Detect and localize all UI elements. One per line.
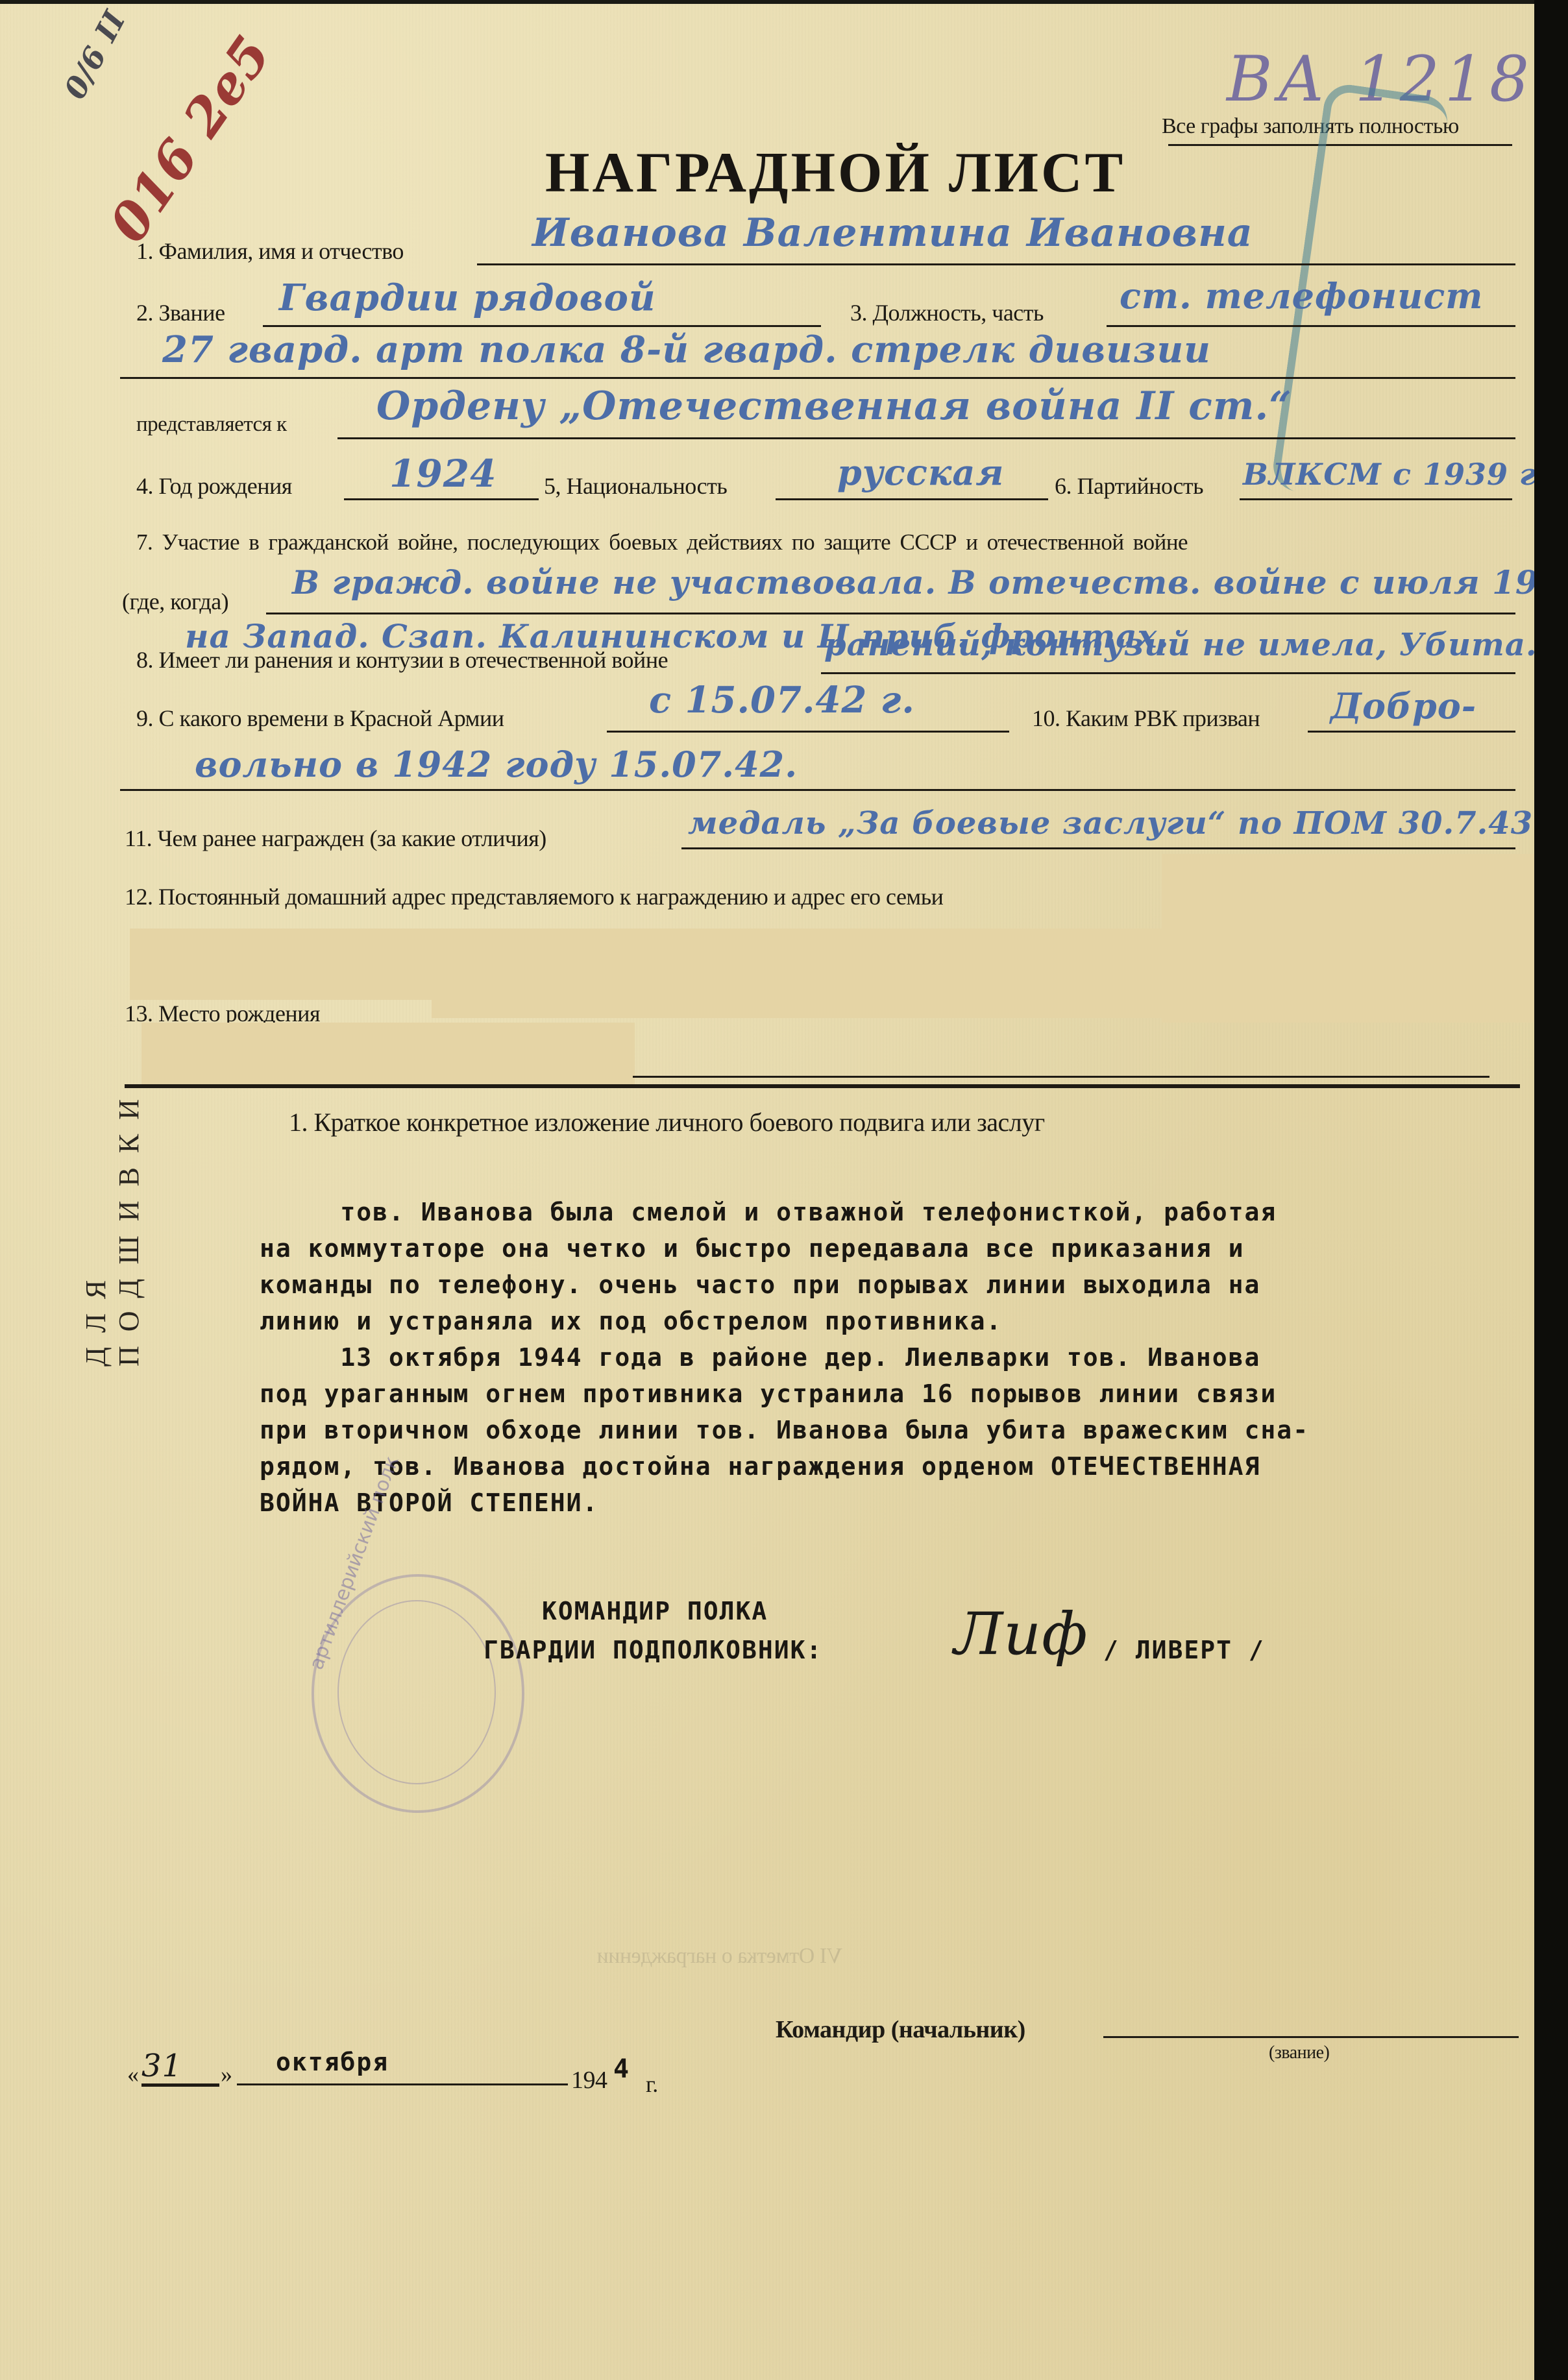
date-month-line — [237, 2083, 568, 2085]
presented-line — [337, 437, 1515, 439]
field-10-value: Добро- — [1330, 685, 1476, 727]
field-1-line — [477, 263, 1515, 265]
field-6-label: 6. Партийность — [1055, 472, 1203, 500]
signer-name: / ЛИВЕРТ / — [1103, 1636, 1265, 1664]
merit-line: команды по телефону. очень часто при пор… — [260, 1270, 1309, 1307]
signer-title: КОМАНДИР ПОЛКА — [542, 1597, 768, 1625]
award-sheet: 0/6 II Ч 016 2е5 ВА 12187 Все графы запо… — [0, 4, 1534, 2380]
field-7-label-where: (где, когда) — [122, 588, 228, 615]
date-close-quote: » — [221, 2061, 232, 2088]
redaction-block-address-2 — [130, 929, 1194, 1000]
signature: Лиф — [954, 1600, 1088, 1668]
field-7-line — [266, 613, 1515, 614]
field-4-line — [344, 498, 539, 500]
field-12-label: 12. Постоянный домашний адрес представля… — [125, 883, 943, 910]
section-divider — [125, 1084, 1520, 1088]
presented-value: Ордену „Отечественная война II ст.“ — [376, 383, 1292, 429]
commander-rank-line — [1103, 2036, 1519, 2038]
field-10-value-line2: вольно в 1942 году 15.07.42. — [195, 744, 798, 785]
field-7-label: 7. Участие в гражданской войне, последую… — [136, 529, 1188, 555]
field-10-line — [1308, 731, 1515, 733]
field-1-label: 1. Фамилия, имя и отчество — [136, 237, 404, 265]
field-5-value: русская — [837, 452, 1004, 493]
document-title: НАГРАДНОЙ ЛИСТ — [545, 140, 1125, 206]
field-11-line — [681, 847, 1515, 849]
pencil-annotation-top-left: 0/6 II Ч — [57, 0, 151, 104]
merit-line: линию и устраняла их под обстрелом проти… — [260, 1307, 1309, 1343]
date-year-prefix: 194 — [571, 2066, 607, 2095]
merit-line: на коммутаторе она четко и быстро переда… — [260, 1234, 1309, 1270]
field-9-label: 9. С какого времени в Красной Армии — [136, 705, 504, 732]
date-open-quote: « — [127, 2061, 139, 2088]
redaction-block-address — [1162, 854, 1535, 1023]
field-9-value: с 15.07.42 г. — [649, 679, 915, 722]
commander-label: Командир (начальник) — [776, 2015, 1025, 2044]
field-4-value: 1924 — [389, 452, 496, 496]
bleedthrough-text: VI Отметка о награждении — [597, 1944, 842, 1969]
field-3-line-2 — [120, 377, 1515, 379]
field-11-label: 11. Чем ранее награжден (за какие отличи… — [125, 825, 546, 852]
field-5-label: 5, Национальность — [544, 472, 727, 500]
side-label-for-binding: ДЛЯ ПОДШИВКИ — [79, 1003, 145, 1366]
field-3-line — [1107, 325, 1515, 327]
merit-line: тов. Иванова была смелой и отважной теле… — [260, 1198, 1309, 1234]
signer-rank: ГВАРДИИ ПОДПОЛКОВНИК: — [484, 1636, 822, 1664]
field-6-line — [1240, 498, 1512, 500]
field-4-label: 4. Год рождения — [136, 472, 292, 500]
field-1-value: Иванова Валентина Ивановна — [532, 210, 1253, 256]
field-3-value-line2: 27 гвард. арт полка 8-й гвард. стрелк ди… — [162, 328, 1211, 371]
field-13-line — [633, 1076, 1489, 1078]
scan-edge — [1534, 0, 1568, 2380]
field-7-value: В гражд. войне не участвовала. В отечест… — [292, 563, 1568, 601]
rank-caption: (звание) — [1269, 2043, 1329, 2063]
merit-line: при вторичном обходе линии тов. Иванова … — [260, 1416, 1309, 1452]
merit-line: 13 октября 1944 года в районе дер. Лиелв… — [260, 1343, 1309, 1379]
merit-line: под ураганным огнем противника устранила… — [260, 1379, 1309, 1416]
field-3-value: ст. телефонист — [1120, 275, 1483, 317]
date-year-digit: 4 — [613, 2054, 630, 2084]
date-day-line — [141, 2083, 219, 2087]
field-8-line — [821, 672, 1515, 674]
field-8-label: 8. Имеет ли ранения и контузии в отечест… — [136, 646, 668, 674]
field-9-line — [607, 731, 1009, 733]
redaction-block-birthplace — [432, 1000, 1171, 1018]
field-2-label: 2. Звание — [136, 299, 225, 326]
field-2-line — [263, 325, 821, 327]
field-3-label: 3. Должность, часть — [850, 299, 1044, 326]
field-8-value: ранений, контузий не имела, Убита. — [824, 627, 1537, 663]
redaction-block-birthplace-2 — [141, 1023, 635, 1086]
date-year-suffix: г. — [646, 2070, 658, 2098]
date-month: октября — [276, 2048, 389, 2076]
field-6-value: ВЛКСМ с 1939 г. — [1243, 457, 1548, 492]
red-annotation-top-left: 016 2е5 — [97, 25, 283, 253]
section-1-heading: 1. Краткое конкретное изложение личного … — [289, 1107, 1045, 1137]
merit-description: тов. Иванова была смелой и отважной теле… — [260, 1198, 1309, 1525]
date-day: 31 — [141, 2048, 182, 2084]
field-10-label: 10. Каким РВК призван — [1032, 705, 1260, 732]
merit-line: рядом, тов. Иванова достойна награждения… — [260, 1452, 1309, 1488]
field-5-line — [776, 498, 1048, 500]
field-2-value: Гвардии рядовой — [279, 276, 656, 319]
presented-label: представляется к — [136, 413, 287, 437]
field-10-line-2 — [120, 789, 1515, 791]
field-11-value: медаль „За боевые заслуги“ по ПОМ 30.7.4… — [688, 805, 1568, 842]
merit-line: ВОЙНА ВТОРОЙ СТЕПЕНИ. — [260, 1488, 1309, 1525]
unit-stamp-inner — [337, 1600, 496, 1784]
